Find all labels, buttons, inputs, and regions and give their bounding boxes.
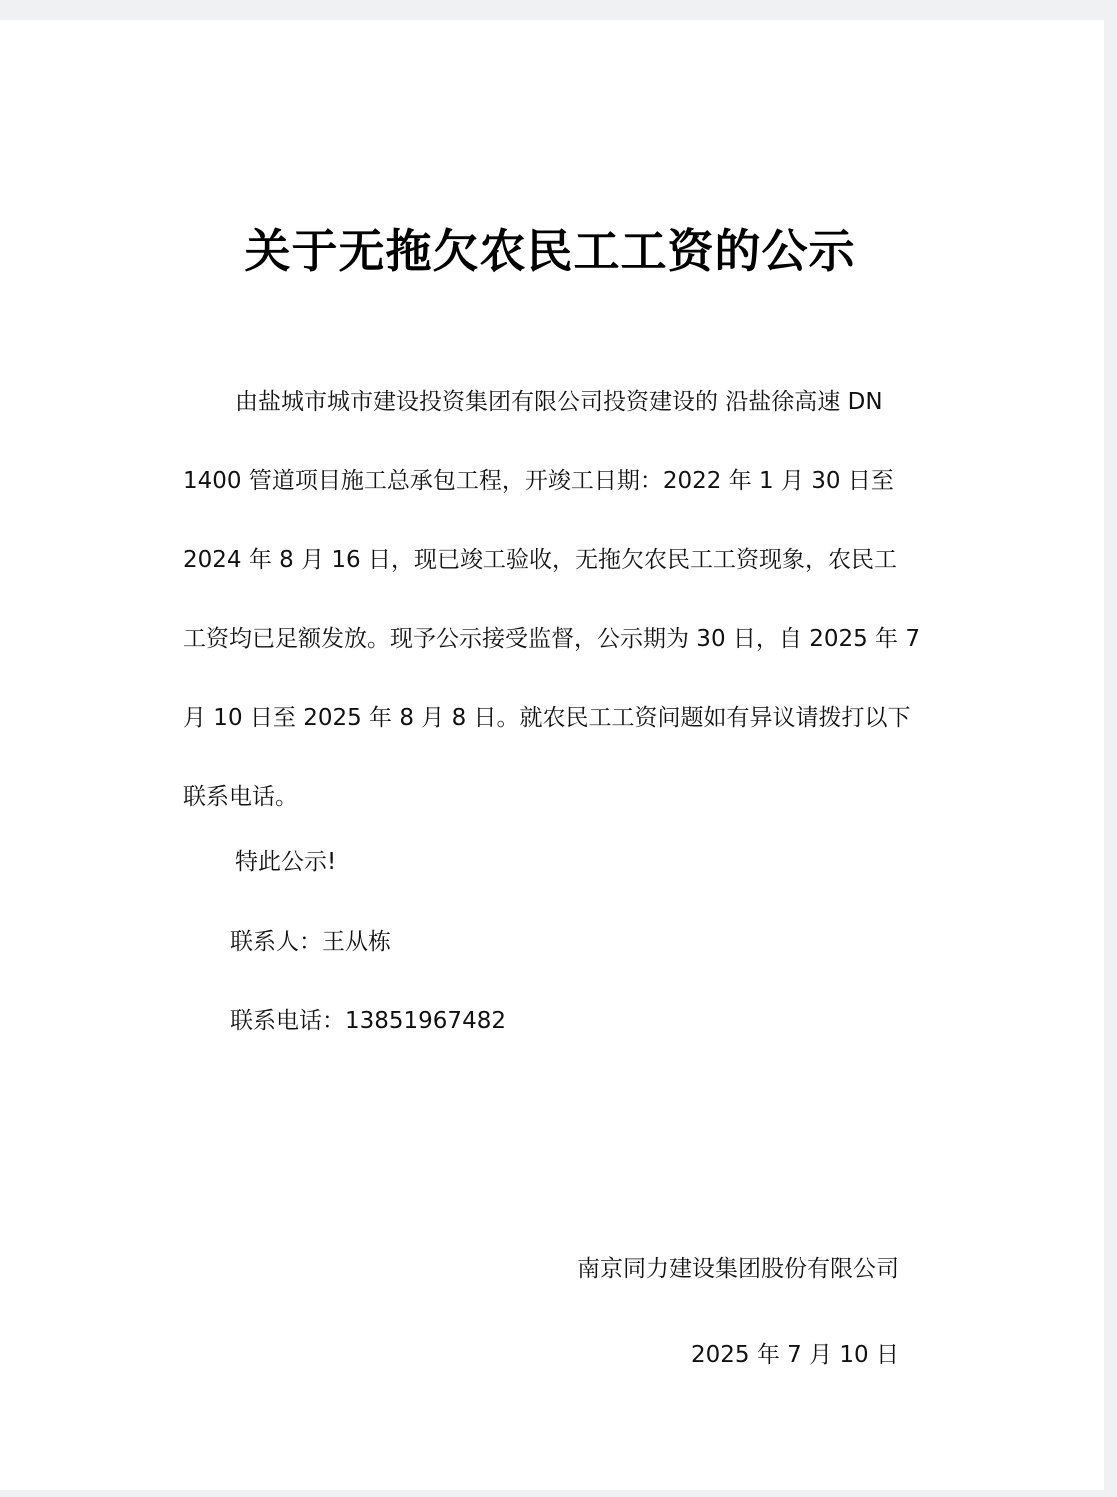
document-page: 关于无拖欠农民工工资的公示 由盐城市城市建设投资集团有限公司投资建设的 沿盐徐高… xyxy=(0,20,1104,1490)
body-paragraph: 由盐城市城市建设投资集团有限公司投资建设的 沿盐徐高速 DN 1400 管道项目… xyxy=(183,363,913,837)
body-line-5: 月 10 日至 2025 年 8 月 8 日。就农民工工资问题如有异议请拨打以下 xyxy=(183,679,913,758)
signature-company: 南京同力建设集团股份有限公司 xyxy=(577,1250,899,1283)
body-line-4: 工资均已足额发放。现予公示接受监督，公示期为 30 日，自 2025 年 7 xyxy=(183,600,913,679)
contact-person: 联系人：王从栋 xyxy=(230,923,391,956)
body-line-2: 1400 管道项目施工总承包工程，开竣工日期：2022 年 1 月 30 日至 xyxy=(183,442,913,521)
contact-phone-label: 联系电话： xyxy=(230,1008,345,1034)
closing-statement: 特此公示! xyxy=(235,843,336,876)
signature-date: 2025 年 7 月 10 日 xyxy=(691,1336,899,1369)
contact-person-name: 王从栋 xyxy=(322,929,391,955)
contact-person-label: 联系人： xyxy=(230,929,322,955)
contact-phone: 联系电话：13851967482 xyxy=(230,1002,506,1035)
body-line-6: 联系电话。 xyxy=(183,758,913,837)
body-line-1: 由盐城市城市建设投资集团有限公司投资建设的 沿盐徐高速 DN xyxy=(183,363,913,442)
body-line-3: 2024 年 8 月 16 日，现已竣工验收，无拖欠农民工工资现象，农民工 xyxy=(183,521,913,600)
document-title: 关于无拖欠农民工工资的公示 xyxy=(0,215,1100,281)
contact-phone-number: 13851967482 xyxy=(345,1008,506,1034)
